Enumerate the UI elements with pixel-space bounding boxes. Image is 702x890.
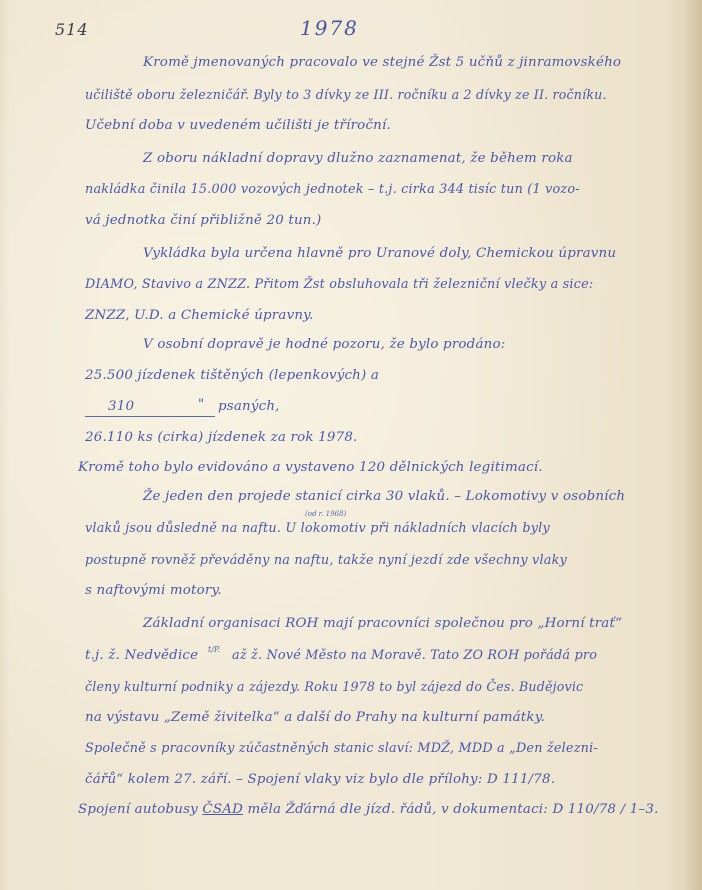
underlined-abbreviation: ČSAD bbox=[202, 802, 243, 817]
text-line: Základní organisaci ROH mají pracovníci … bbox=[143, 615, 622, 633]
text-line: vlaků jsou důsledně na naftu. U lokomoti… bbox=[85, 520, 550, 538]
text-line: DIAMO, Stavivo a ZNZZ. Přitom Žst obsluh… bbox=[85, 276, 593, 294]
sum-underline bbox=[85, 416, 215, 417]
text-line: Spojení autobusy ČSAD měla Žďárná dle jí… bbox=[78, 801, 659, 819]
text-line: t.j. ž. Nedvědice bbox=[85, 647, 198, 665]
text-fragment: Spojení autobusy bbox=[78, 802, 198, 817]
ticket-total-line: 26.110 ks (cirka) jízdenek za rok 1978. bbox=[85, 429, 358, 447]
text-line: nakládka činila 15.000 vozových jednotek… bbox=[85, 181, 580, 199]
text-line: Učební doba v uvedeném učilišti je tříro… bbox=[85, 117, 391, 135]
text-line: učiliště oboru železničář. Byly to 3 dív… bbox=[85, 86, 607, 104]
text-line: Že jeden den projede stanicí cirka 30 vl… bbox=[143, 488, 625, 506]
text-line: na výstavu „Země živitelka“ a další do P… bbox=[85, 709, 545, 727]
superscript-note: (od r. 1968) bbox=[305, 510, 346, 518]
superscript-note: t/P. bbox=[208, 645, 220, 654]
text-line: až ž. Nové Město na Moravě. Tato ZO ROH … bbox=[232, 647, 597, 665]
text-line: členy kulturní podniky a zájezdy. Roku 1… bbox=[85, 678, 583, 696]
text-line: Vykládka byla určena hlavně pro Uranové … bbox=[143, 245, 616, 263]
page-number: 514 bbox=[55, 20, 89, 39]
text-line: čářů“ kolem 27. září. – Spojení vlaky vi… bbox=[85, 771, 555, 789]
text-line: Z oboru nákladní dopravy dlužno zaznamen… bbox=[143, 150, 573, 168]
text-line: s naftovými motory. bbox=[85, 582, 222, 600]
text-line: ZNZZ, U.D. a Chemické úpravny. bbox=[85, 307, 314, 325]
text-line: postupně rovněž převáděny na naftu, takž… bbox=[85, 552, 567, 570]
text-fragment: měla Žďárná dle jízd. řádů, v dokumentac… bbox=[248, 802, 659, 817]
ticket-count-handwritten: 310 bbox=[108, 398, 134, 416]
year-heading: 1978 bbox=[300, 16, 359, 40]
handwritten-chronicle-page: 514 1978 Kromě jmenovaných pracovalo ve … bbox=[0, 0, 702, 890]
text-line: vá jednotka činí přibližně 20 tun.) bbox=[85, 212, 321, 230]
ticket-line-handwritten: psaných, bbox=[218, 398, 280, 416]
text-line: V osobní dopravě je hodné pozoru, že byl… bbox=[143, 336, 505, 354]
ticket-line-printed: 25.500 jízdenek tištěných (lepenkových) … bbox=[85, 367, 379, 385]
text-line: Společně s pracovníky zúčastněných stani… bbox=[85, 740, 598, 758]
ditto-mark: " bbox=[198, 396, 204, 414]
text-line: Kromě jmenovaných pracovalo ve stejné Žs… bbox=[143, 54, 621, 72]
text-line: Kromě toho bylo evidováno a vystaveno 12… bbox=[78, 459, 543, 477]
